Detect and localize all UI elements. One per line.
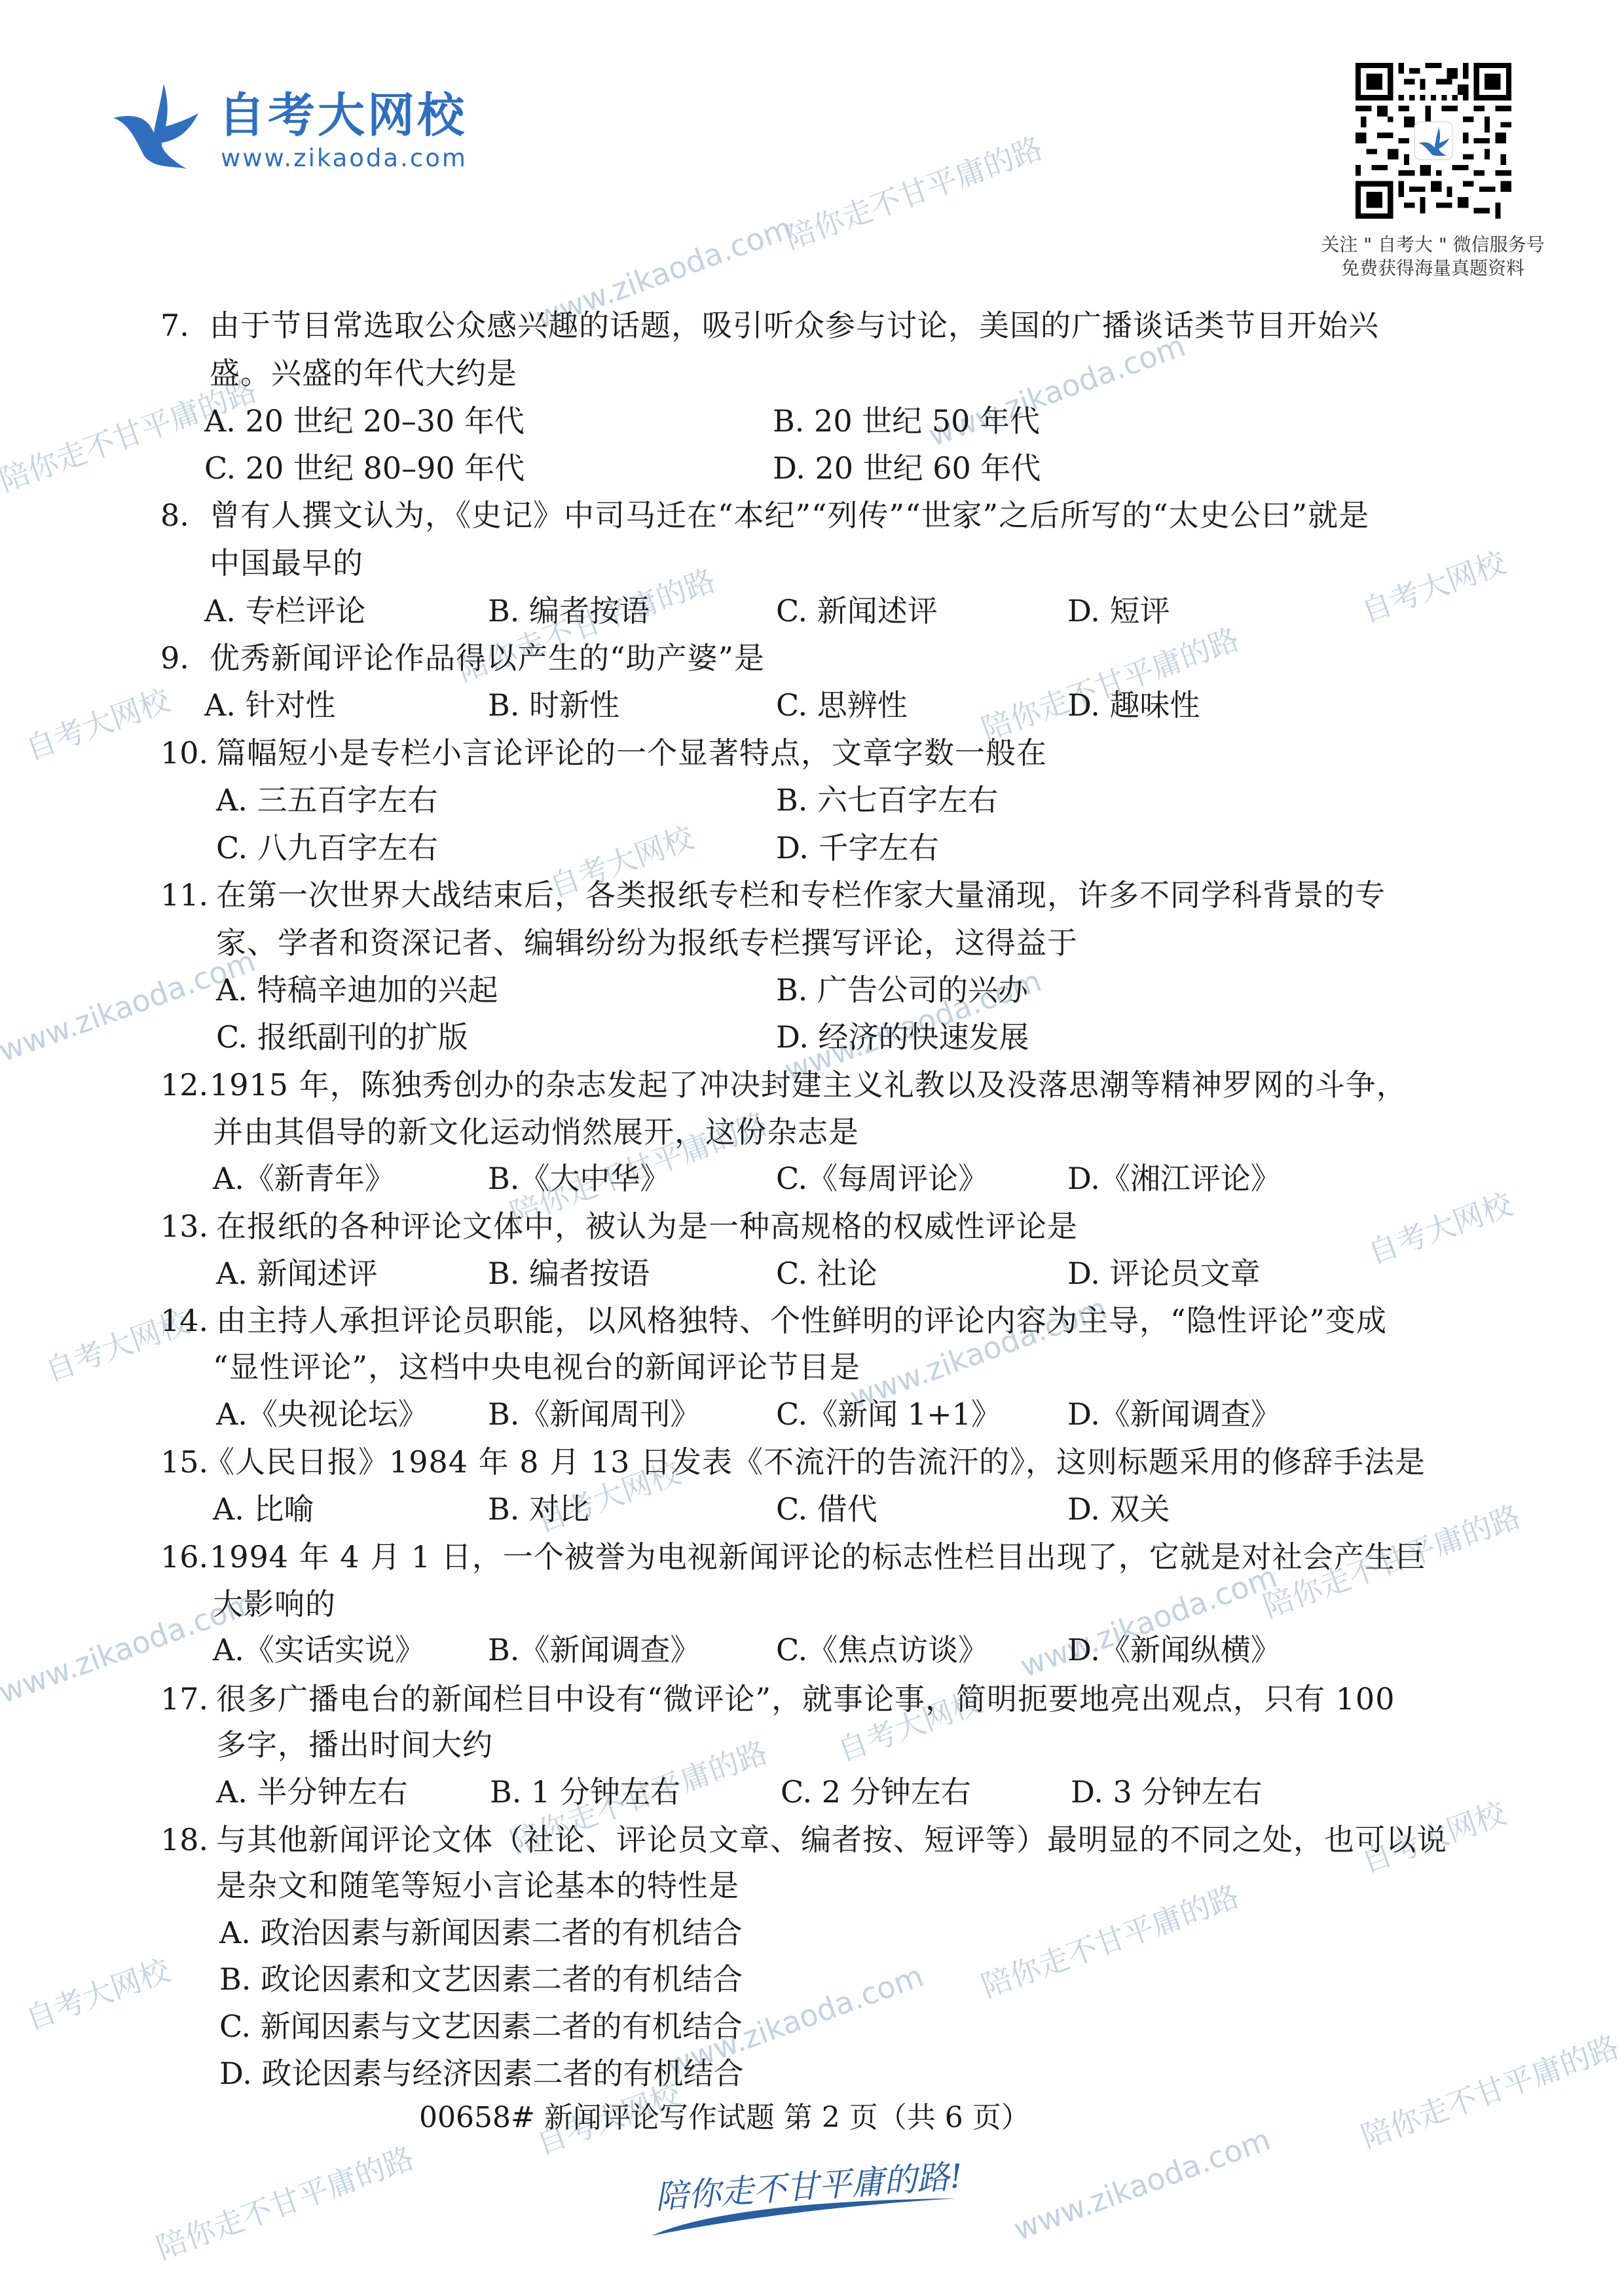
question-number: 14. (160, 1301, 208, 1340)
option-c[interactable]: C.《新闻 1+1》 (776, 1394, 1001, 1434)
option-a[interactable]: A. 半分钟左右 (216, 1772, 407, 1812)
option-d[interactable]: D. 评论员文章 (1067, 1254, 1261, 1293)
question-text: 由于节目常选取公众感兴趣的话题，吸引听众参与讨论，美国的广播谈话类节目开始兴 (210, 306, 1379, 345)
question-text: 1994 年 4 月 1 日，一个被誉为电视新闻评论的标志性栏目出现了，它就是对… (210, 1537, 1426, 1576)
watermark: 陪你走不甘平庸的路 (1355, 2023, 1624, 2157)
question-text: 并由其倡导的新文化运动悄然展开，这份杂志是 (213, 1112, 859, 1152)
option-a[interactable]: A. 20 世纪 20–30 年代 (204, 401, 525, 441)
question-text: 盛。兴盛的年代大约是 (210, 354, 517, 393)
question-text: 家、学者和资深记者、编辑纷纷为报纸专栏撰写评论，这得益于 (216, 923, 1078, 962)
question-number: 15. (160, 1442, 208, 1482)
brush-stroke-icon (648, 2187, 976, 2239)
option-c[interactable]: C. 2 分钟左右 (781, 1772, 971, 1812)
option-c[interactable]: C. 新闻述评 (776, 591, 938, 630)
watermark: 陪你走不甘平庸的路 (150, 2134, 420, 2268)
question-number: 10. (160, 733, 208, 773)
option-d[interactable]: D.《新闻纵横》 (1067, 1630, 1281, 1669)
option-a[interactable]: A. 三五百字左右 (216, 780, 437, 820)
option-c[interactable]: C. 社论 (776, 1254, 877, 1293)
question-text: 曾有人撰文认为，《史记》中司马迁在“本纪”“列传”“世家”之后所写的“太史公曰”… (210, 496, 1369, 535)
qr-caption-line2: 免费获得海量真题资料 (1308, 257, 1557, 280)
question-text: 由主持人承担评论员职能，以风格独特、个性鲜明的评论内容为主导，“隐性评论”变成 (216, 1301, 1387, 1340)
option-a[interactable]: A.《实话实说》 (213, 1630, 425, 1669)
question-text: 与其他新闻评论文体（社论、评论员文章、编者按、短评等）最明显的不同之处，也可以说 (216, 1820, 1447, 1859)
qr-caption: 关注 " 自考大 " 微信服务号 免费获得海量真题资料 (1308, 233, 1557, 280)
question-text: 在第一次世界大战结束后，各类报纸专栏和专栏作家大量涌现，许多不同学科背景的专 (216, 875, 1386, 915)
option-b[interactable]: B.《大中华》 (488, 1159, 670, 1198)
page-footer: 00658# 新闻评论写作试题 第 2 页（共 6 页） (419, 2098, 1030, 2138)
option-b[interactable]: B. 政论因素和文艺因素二者的有机结合 (219, 1959, 743, 1999)
question-text: 大影响的 (213, 1584, 336, 1624)
question-number: 18. (160, 1820, 208, 1859)
option-b[interactable]: B.《新闻调查》 (488, 1630, 700, 1669)
option-c[interactable]: C. 思辨性 (776, 685, 908, 725)
watermark: 陪你走不甘平庸的路 (975, 1872, 1245, 2006)
option-a[interactable]: A. 特稿辛迪加的兴起 (216, 970, 498, 1010)
question-number: 8. (160, 496, 189, 535)
qr-code-icon[interactable] (1356, 63, 1511, 219)
option-c[interactable]: C.《焦点访谈》 (776, 1630, 988, 1669)
question-number: 12. (160, 1065, 208, 1104)
option-c[interactable]: C. 八九百字左右 (216, 828, 438, 867)
option-b[interactable]: B. 对比 (488, 1489, 589, 1529)
option-a[interactable]: A. 专栏评论 (204, 591, 365, 630)
option-b[interactable]: B. 六七百字左右 (776, 780, 998, 820)
question-number: 16. (160, 1537, 208, 1576)
option-a[interactable]: A. 政治因素与新闻因素二者的有机结合 (219, 1913, 742, 1952)
option-d[interactable]: D. 3 分钟左右 (1071, 1772, 1262, 1812)
question-text: 多字，播出时间大约 (216, 1725, 493, 1764)
watermark: 陪你走不甘平庸的路 (975, 615, 1245, 749)
question-text: 很多广播电台的新闻栏目中设有“微评论”，就事论事，简明扼要地亮出观点，只有 10… (216, 1679, 1395, 1719)
option-c[interactable]: C. 20 世纪 80–90 年代 (204, 448, 525, 488)
option-a[interactable]: A.《新青年》 (213, 1159, 395, 1198)
watermark: 自考大网校 (1361, 1180, 1518, 1273)
qr-caption-line1: 关注 " 自考大 " 微信服务号 (1308, 233, 1557, 257)
question-number: 13. (160, 1207, 208, 1246)
question-number: 17. (160, 1679, 208, 1719)
question-text: 中国最早的 (210, 543, 363, 583)
question-number: 7. (160, 306, 189, 345)
option-d[interactable]: D. 短评 (1067, 591, 1170, 630)
question-text: 篇幅短小是专栏小言论评论的一个显著特点，文章字数一般在 (216, 733, 1047, 773)
question-text: 是杂文和随笔等短小言论基本的特性是 (216, 1866, 739, 1905)
option-d[interactable]: D. 千字左右 (776, 828, 939, 867)
question-text: 1915 年，陈独秀创办的杂志发起了冲决封建主义礼教以及没落思潮等精神罗网的斗争… (210, 1065, 1407, 1104)
watermark: 自考大网校 (19, 1946, 175, 2039)
option-b[interactable]: B. 广告公司的兴办 (776, 970, 1028, 1010)
option-b[interactable]: B. 1 分钟左右 (490, 1772, 680, 1812)
option-a[interactable]: A. 针对性 (204, 685, 335, 725)
question-text: “显性评论”，这档中央电视台的新闻评论节目是 (213, 1347, 860, 1387)
option-a[interactable]: A.《央视论坛》 (216, 1394, 428, 1434)
option-a[interactable]: A. 新闻述评 (216, 1254, 377, 1293)
option-c[interactable]: C. 借代 (776, 1489, 877, 1529)
question-text: 优秀新闻评论作品得以产生的“助产婆”是 (210, 638, 765, 678)
option-d[interactable]: D. 趣味性 (1067, 685, 1200, 725)
option-d[interactable]: D. 双关 (1067, 1489, 1170, 1529)
option-b[interactable]: B. 编者按语 (488, 1254, 650, 1293)
option-c[interactable]: C.《每周评论》 (776, 1159, 988, 1198)
question-text: 《人民日报》1984 年 8 月 13 日发表《不流汗的告流汗的》，这则标题采用… (204, 1442, 1426, 1482)
brand-name: 自考大网校 (218, 92, 467, 139)
watermark: 陪你走不甘平庸的路 (779, 124, 1048, 258)
option-d[interactable]: D. 经济的快速发展 (776, 1017, 1029, 1057)
option-d[interactable]: D.《湘江评论》 (1067, 1159, 1281, 1198)
option-b[interactable]: B. 时新性 (488, 685, 619, 725)
brand-url[interactable]: www.zikaoda.com (221, 146, 468, 170)
brand-logo: 自考大网校 www.zikaoda.com (108, 77, 475, 175)
option-d[interactable]: D. 政论因素与经济因素二者的有机结合 (219, 2054, 744, 2093)
question-text: 在报纸的各种评论文体中，被认为是一种高规格的权威性评论是 (216, 1207, 1078, 1246)
option-c[interactable]: C. 报纸副刊的扩版 (216, 1017, 468, 1057)
watermark: 自考大网校 (19, 676, 175, 769)
watermark: 自考大网校 (1355, 539, 1511, 631)
question-number: 9. (160, 638, 189, 678)
option-b[interactable]: B.《新闻周刊》 (488, 1394, 700, 1434)
option-d[interactable]: D.《新闻调查》 (1067, 1394, 1281, 1434)
option-c[interactable]: C. 新闻因素与文艺因素二者的有机结合 (219, 2007, 743, 2046)
option-a[interactable]: A. 比喻 (213, 1489, 314, 1529)
option-b[interactable]: B. 编者按语 (488, 591, 650, 630)
question-number: 11. (160, 875, 208, 915)
option-d[interactable]: D. 20 世纪 60 年代 (773, 448, 1041, 488)
slogan: 陪你走不甘平庸的路! (648, 2160, 976, 2239)
option-b[interactable]: B. 20 世纪 50 年代 (773, 401, 1040, 441)
watermark: www.zikaoda.com (1009, 2122, 1275, 2248)
bird-logo-icon (108, 77, 206, 175)
